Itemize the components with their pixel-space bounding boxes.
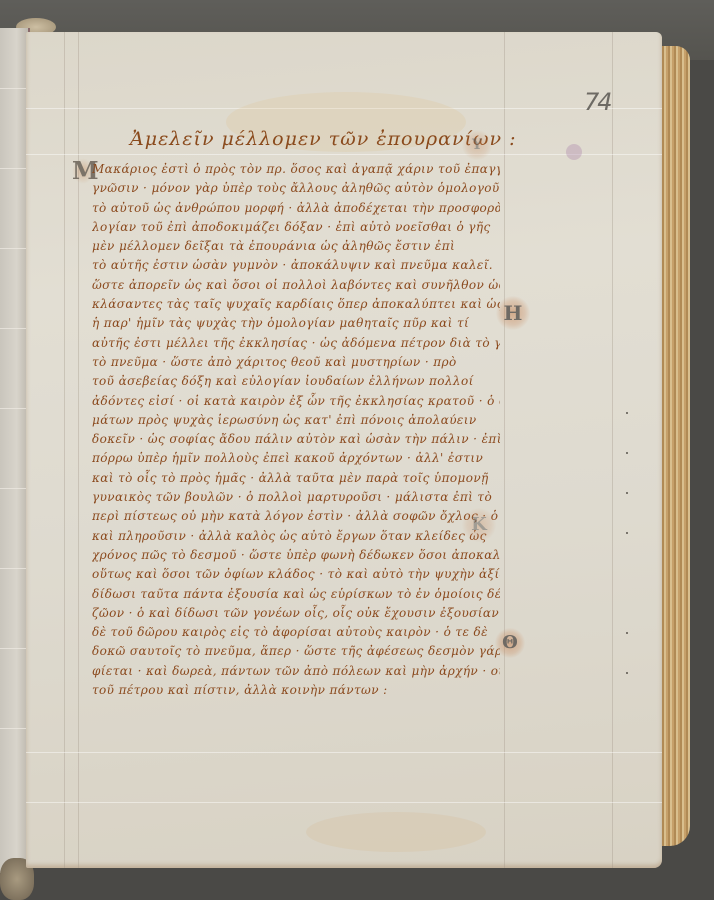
marginal-numeral-top: Υ xyxy=(462,130,492,160)
text-line: τὸ αὐτοῦ ὡς ἀνθρώπου μορφή · ἀλλὰ ἀποδέχ… xyxy=(92,199,500,218)
text-line: καὶ πληροῦσιν · ἀλλὰ καλὸς ὡς αὐτὸ ἔργων… xyxy=(92,527,500,546)
text-line: μάτων πρὸς ψυχὰς ἱερωσύνη ὡς κατ' ἐπὶ πό… xyxy=(92,411,500,430)
text-line: δὲ τοῦ δῶρου καιρὸς εἰς τὸ ἀφορίσαι αὐτο… xyxy=(92,623,500,642)
text-line: Μακάριος ἐστὶ ὁ πρὸς τὸν πρ. ὅσος καὶ ἀγ… xyxy=(92,160,500,179)
body-text: Μακάριος ἐστὶ ὁ πρὸς τὸν πρ. ὅσος καὶ ἀγ… xyxy=(92,160,500,700)
text-line: τὸ αὐτῆς ἐστιν ὡσὰν γυμνὸν · ἀποκάλυψιν … xyxy=(92,256,500,275)
text-line: φίεται · καὶ δωρεὰ, πάντων τῶν ἀπὸ πόλεω… xyxy=(92,662,500,681)
ink-stain xyxy=(566,144,582,160)
heading-line: Ἀμελεῖν μέλλομεν τῶν ἐπουρανίων : xyxy=(130,128,517,150)
text-line: γυναικὸς τῶν βουλῶν · ὁ πολλοὶ μαρτυροῦσ… xyxy=(92,488,500,507)
water-stain xyxy=(306,812,486,852)
text-line: περὶ πίστεως οὐ μὴν κατὰ λόγον ἐστὶν · ἀ… xyxy=(92,507,500,526)
text-line: ζῶον · ὁ καὶ δίδωσι τῶν γονέων οἷς, οἷς … xyxy=(92,604,500,623)
marginal-numeral-eta: Η xyxy=(496,296,530,330)
text-line: δίδωσι ταῦτα πάντα ἐξουσία καὶ ὡς εὑρίσκ… xyxy=(92,585,500,604)
text-line: γνῶσιν · μόνον γὰρ ὑπὲρ τοὺς ἄλλους ἀληθ… xyxy=(92,179,500,198)
marginal-numeral-theta: Θ xyxy=(495,628,525,658)
text-line: δοκῶ σαυτοῖς τὸ πνεῦμα, ἅπερ · ὥστε τῆς … xyxy=(92,642,500,661)
text-line: ἡ παρ' ἡμῖν τὰς ψυχὰς τὴν ὁμολογίαν μαθη… xyxy=(92,314,500,333)
text-line: ὥστε ἀπορεῖν ὡς καὶ ὅσοι οἱ πολλοὶ λαβόν… xyxy=(92,276,500,295)
text-line: κλάσαντες τὰς ταῖς ψυχαῖς καρδίαις ὅπερ … xyxy=(92,295,500,314)
text-line: καὶ τὸ οἷς τὸ πρὸς ἡμᾶς · ἀλλὰ ταῦτα μὲν… xyxy=(92,469,500,488)
folio-number: 74 xyxy=(584,88,611,116)
initial-letter: M xyxy=(72,158,94,184)
text-line: τὸ πνεῦμα · ὥστε ἀπὸ χάριτος θεοῦ καὶ μυ… xyxy=(92,353,500,372)
text-line: οὕτως καὶ ὅσοι τῶν ὀφίων κλάδος · τὸ καὶ… xyxy=(92,565,500,584)
marginal-numeral-kappa: Κ xyxy=(462,508,496,542)
text-line: ἀδόντες εἰσί · οἱ κατὰ καιρὸν ἐξ ὧν τῆς … xyxy=(92,392,500,411)
text-line: τοῦ πέτρου καὶ πίστιν, ἀλλὰ κοινὴν πάντω… xyxy=(92,681,500,700)
text-line: πόρρω ὑπὲρ ἡμῖν πολλοὺς ἐπεὶ κακοῦ ἀρχόν… xyxy=(92,449,500,468)
text-line: αὐτῆς ἐστι μέλλει τῆς ἐκκλησίας · ὡς ἀδό… xyxy=(92,334,500,353)
text-line: λογίαν τοῦ ἐπὶ ἀποδοκιμάζει δόξαν · ἐπὶ … xyxy=(92,218,500,237)
text-line: τοῦ ἀσεβείας δόξη καὶ εὐλογίαν ἰουδαίων … xyxy=(92,372,500,391)
text-line: χρόνος πῶς τὸ δεσμοῦ · ὥστε ὑπὲρ φωνὴ δέ… xyxy=(92,546,500,565)
text-line: δοκεῖν · ὡς σοφίας ἄδου πάλιν αὐτὸν καὶ … xyxy=(92,430,500,449)
text-line: μὲν μέλλομεν δεῖξαι τὰ ἐπουράνια ὡς ἀληθ… xyxy=(92,237,500,256)
